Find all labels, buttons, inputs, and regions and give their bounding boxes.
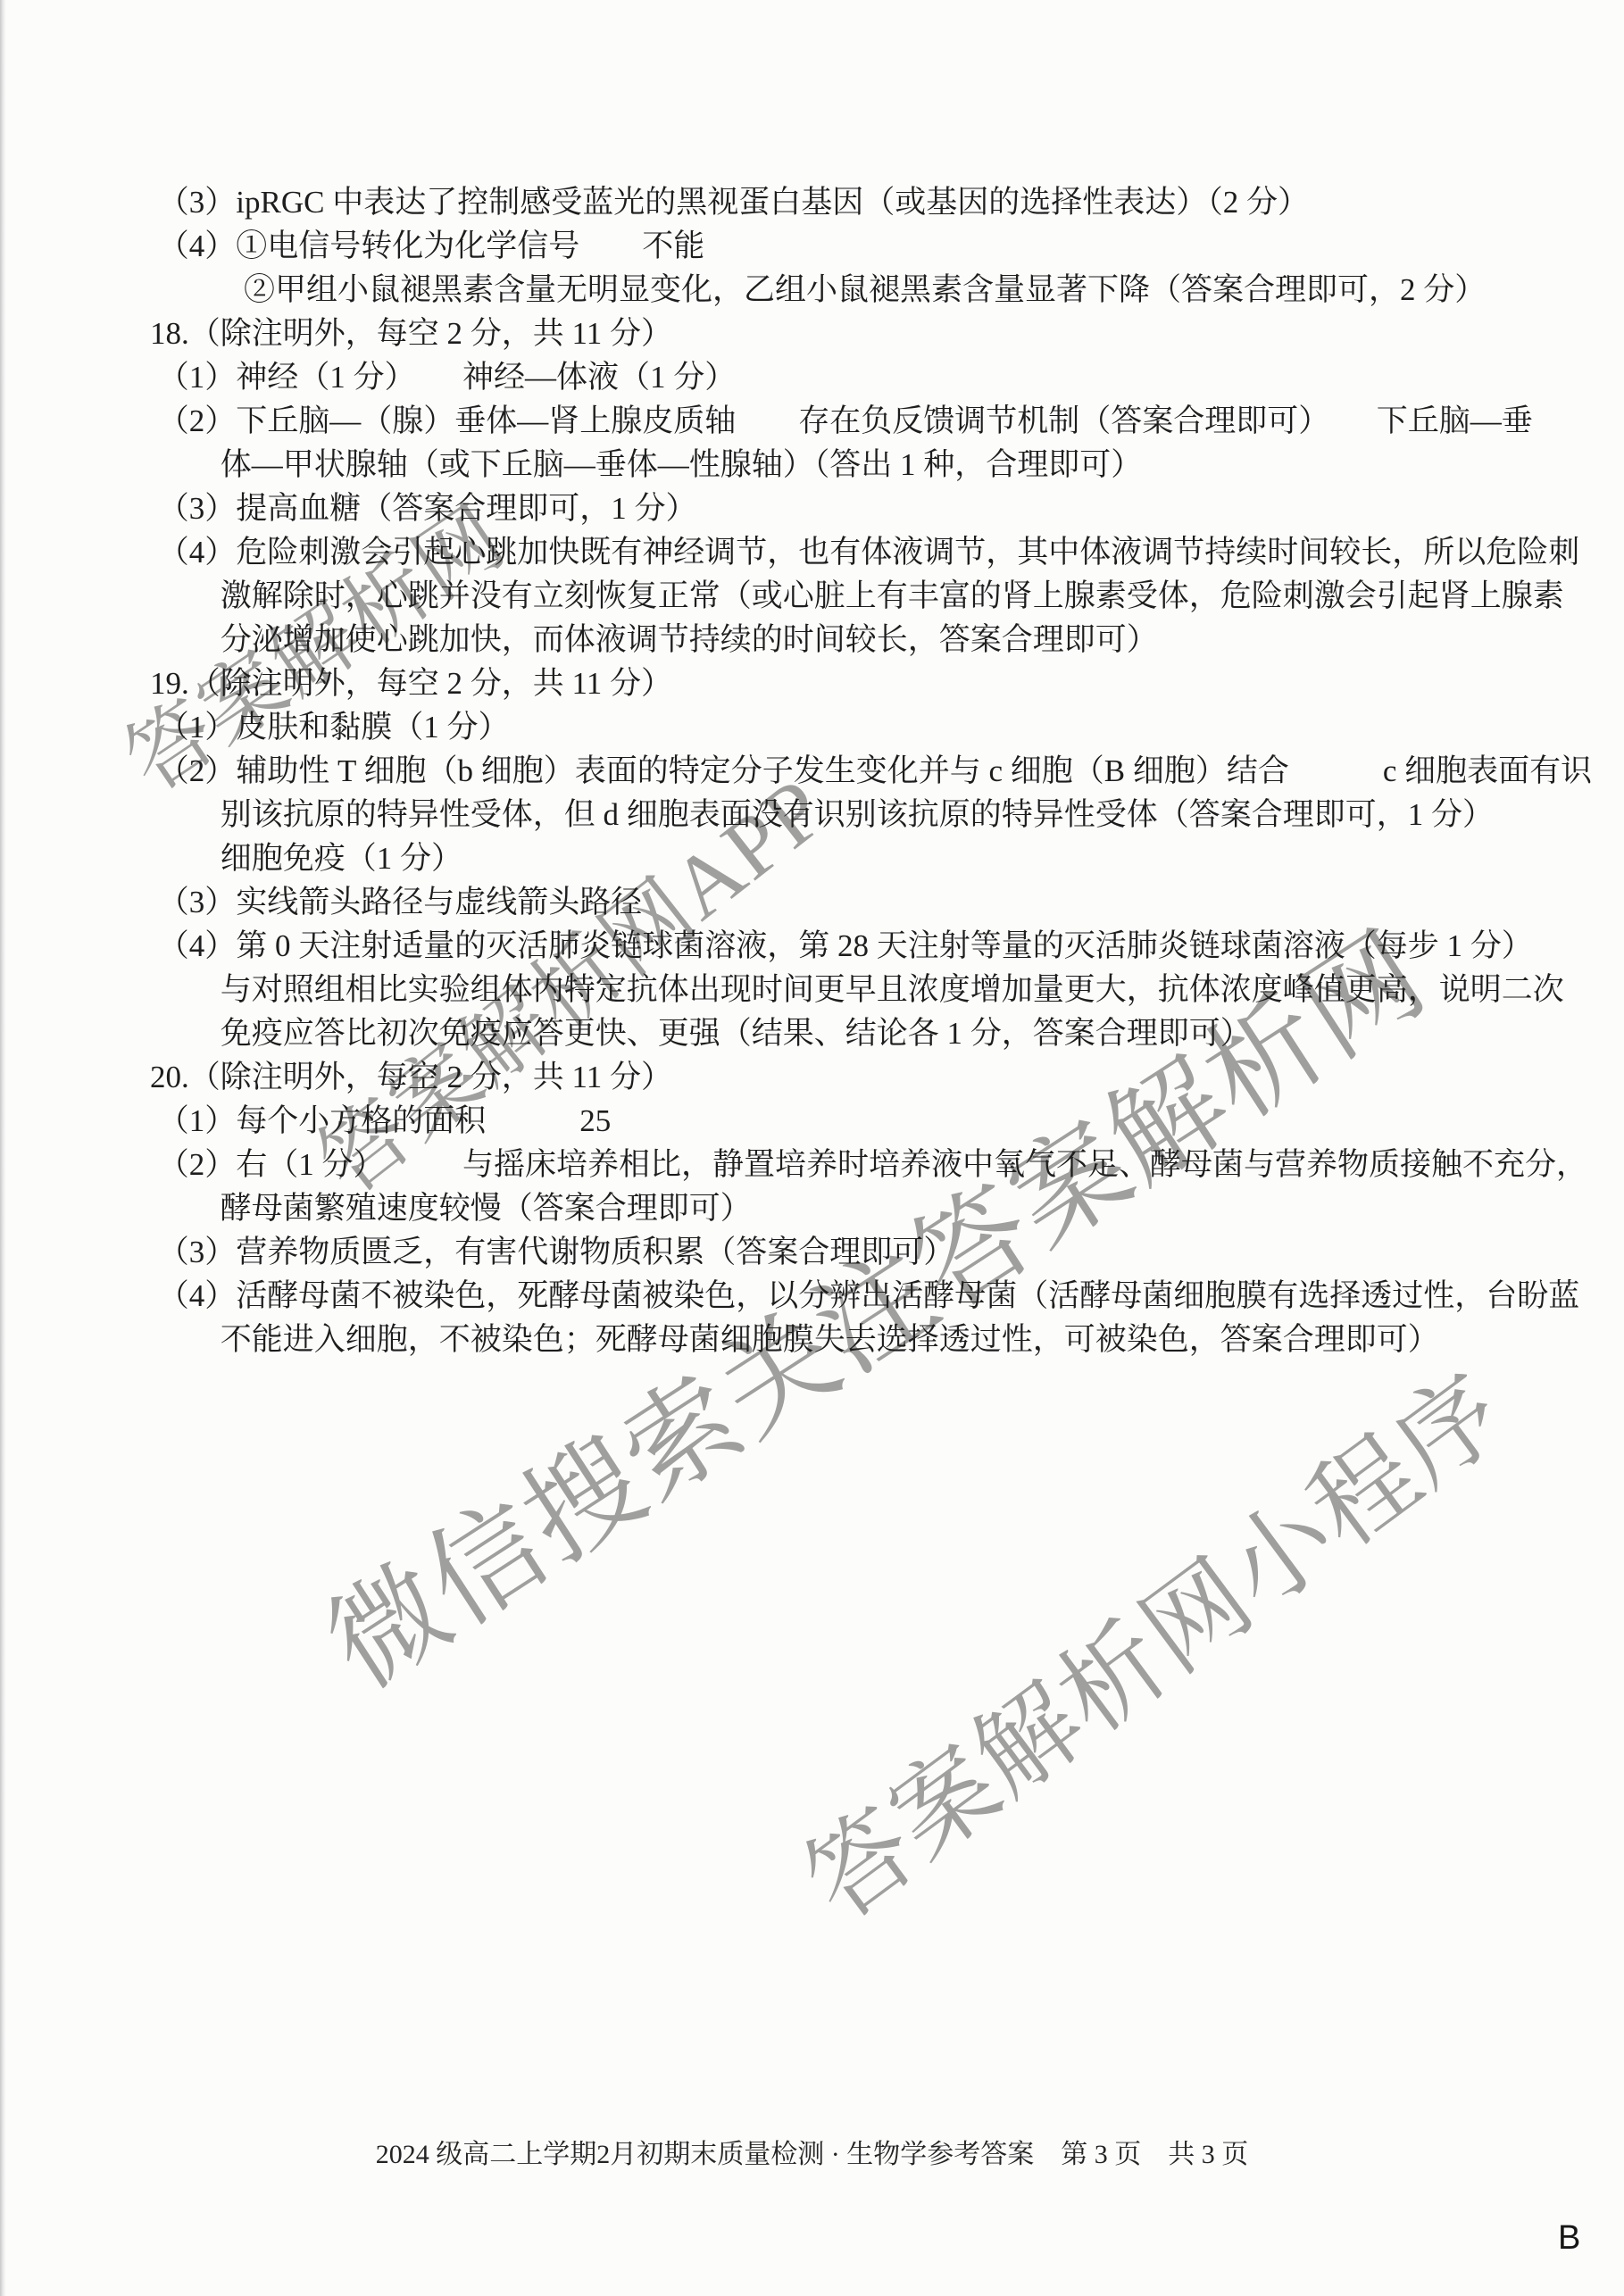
answer-line: （1）每个小方格的面积 25: [150, 1099, 1592, 1143]
answer-line: （4）①电信号转化为化学信号 不能: [150, 224, 1592, 268]
answer-line: 免疫应答比初次免疫应答更快、更强（结果、结论各 1 分，答案合理即可）: [150, 1011, 1592, 1055]
watermark-text: 答案解析网小程序: [770, 1331, 1530, 1946]
answer-line: （2）下丘脑—（腺）垂体—肾上腺皮质轴 存在负反馈调节机制（答案合理即可） 下丘…: [150, 399, 1592, 443]
answer-line: （3）提高血糖（答案合理即可，1 分）: [150, 487, 1592, 530]
answer-line: 细胞免疫（1 分）: [150, 836, 1592, 880]
answer-line: 18.（除注明外，每空 2 分，共 11 分）: [150, 312, 1592, 355]
answer-line: （2）右（1 分） 与摇床培养相比，静置培养时培养液中氧气不足、酵母菌与营养物质…: [150, 1143, 1592, 1186]
answer-line: （3）ipRGC 中表达了控制感受蓝光的黑视蛋白基因（或基因的选择性表达）（2 …: [150, 180, 1592, 224]
answer-line: 分泌增加使心跳加快，而体液调节持续的时间较长，答案合理即可）: [150, 618, 1592, 661]
answer-line: （1）神经（1 分） 神经—体液（1 分）: [150, 355, 1592, 399]
answer-line: 酵母菌繁殖速度较慢（答案合理即可）: [150, 1186, 1592, 1230]
answer-line: （3）实线箭头路径与虚线箭头路径: [150, 880, 1592, 924]
answer-line: （1）皮肤和黏膜（1 分）: [150, 705, 1592, 749]
page-code-label: B: [1558, 2219, 1580, 2258]
answer-line: （4）第 0 天注射适量的灭活肺炎链球菌溶液，第 28 天注射等量的灭活肺炎链球…: [150, 924, 1592, 968]
answer-line: （2）辅助性 T 细胞（b 细胞）表面的特定分子发生变化并与 c 细胞（B 细胞…: [150, 749, 1592, 793]
document-page: 答案解析网 答案解析网APP 微信搜索关注答案解析网 答案解析网小程序 （3）i…: [0, 0, 1624, 2296]
answer-text-block: （3）ipRGC 中表达了控制感受蓝光的黑视蛋白基因（或基因的选择性表达）（2 …: [150, 180, 1592, 1361]
answer-line: （4）活酵母菌不被染色，死酵母菌被染色，以分辨出活酵母菌（活酵母菌细胞膜有选择透…: [150, 1274, 1592, 1318]
answer-line: 不能进入细胞，不被染色；死酵母菌细胞膜失去选择透过性，可被染色，答案合理即可）: [150, 1318, 1592, 1361]
answer-line: 20.（除注明外，每空 2 分，共 11 分）: [150, 1055, 1592, 1099]
page-footer: 2024 级高二上学期2月初期末质量检测 · 生物学参考答案 第 3 页 共 3…: [0, 2132, 1624, 2171]
answer-line: 体—甲状腺轴（或下丘脑—垂体—性腺轴）（答出 1 种，合理即可）: [150, 443, 1592, 487]
answer-line: 别该抗原的特异性受体，但 d 细胞表面没有识别该抗原的特异性受体（答案合理即可，…: [150, 793, 1592, 836]
answer-line: （3）营养物质匮乏，有害代谢物质积累（答案合理即可）: [150, 1230, 1592, 1274]
answer-line: （4）危险刺激会引起心跳加快既有神经调节，也有体液调节，其中体液调节持续时间较长…: [150, 530, 1592, 574]
answer-line: ②甲组小鼠褪黑素含量无明显变化，乙组小鼠褪黑素含量显著下降（答案合理即可，2 分…: [150, 268, 1592, 312]
answer-line: 19.（除注明外，每空 2 分，共 11 分）: [150, 661, 1592, 705]
answer-line: 激解除时，心跳并没有立刻恢复正常（或心脏上有丰富的肾上腺素受体，危险刺激会引起肾…: [150, 574, 1592, 618]
answer-line: 与对照组相比实验组体内特定抗体出现时间更早且浓度增加量更大，抗体浓度峰值更高，说…: [150, 968, 1592, 1011]
